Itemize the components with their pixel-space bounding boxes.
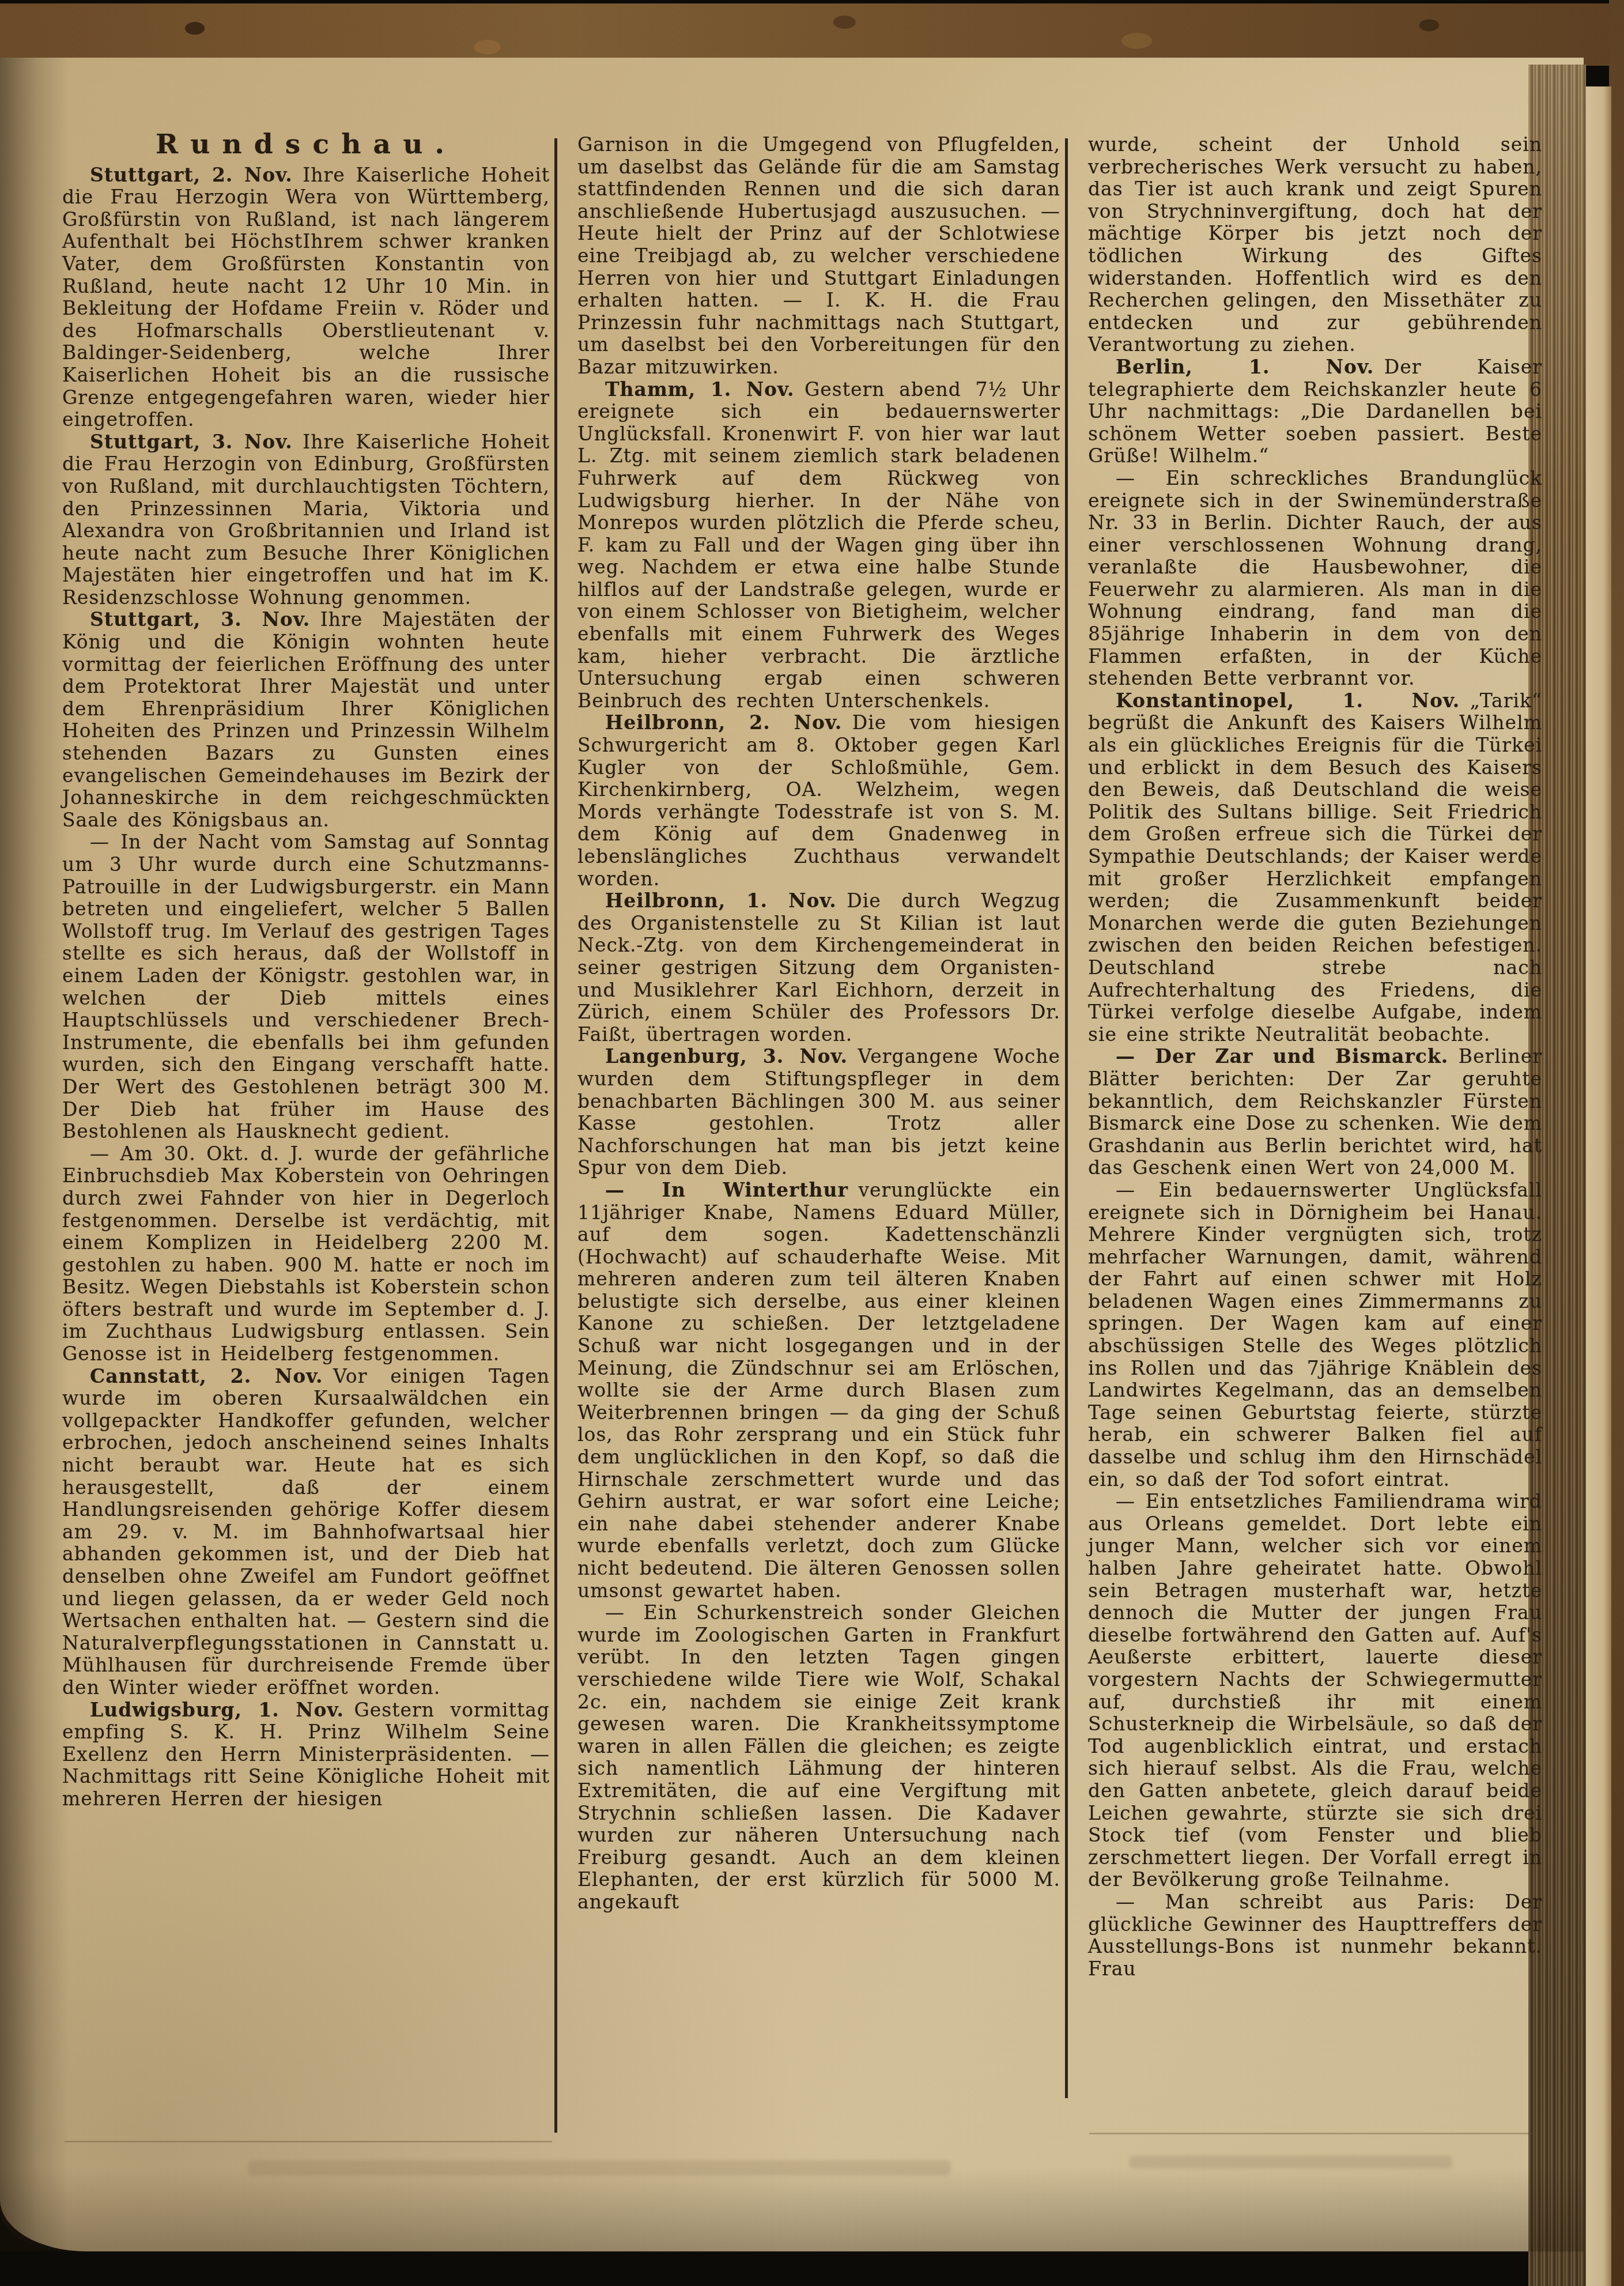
article-dateline: Konstantinopel, 1. Nov. — [1116, 689, 1470, 712]
article-dateline: Stuttgart, 3. Nov. — [90, 431, 303, 453]
article-dateline: Stuttgart, 3. Nov. — [90, 608, 320, 631]
article-dateline: Heilbronn, 2. Nov. — [605, 711, 852, 734]
article-dateline: Langenburg, 3. Nov. — [605, 1045, 858, 1067]
article: Garnison in die Umgegend von Pflugfelden… — [577, 134, 1060, 379]
article-dateline: Ludwigsburg, 1. Nov. — [90, 1699, 354, 1721]
show-through-line — [1089, 2133, 1533, 2134]
article: — Ein schreckliches Brandunglück ereigne… — [1088, 467, 1542, 690]
page-gutter-shadow — [0, 58, 69, 2251]
article: — Ein Schurkenstreich sonder Gleichen wu… — [577, 1602, 1060, 1913]
column-3-articles: wurde, scheint der Unhold sein verbreche… — [1088, 134, 1542, 1980]
article: Heilbronn, 2. Nov. Die vom hiesigen Schw… — [577, 712, 1060, 890]
article: Stuttgart, 2. Nov. Ihre Kaiserliche Hohe… — [62, 164, 550, 431]
article: — Der Zar und Bismarck. Berliner Blätter… — [1088, 1046, 1542, 1179]
article: Heilbronn, 1. Nov. Die durch Wegzug des … — [577, 890, 1060, 1046]
article-dateline: Stuttgart, 2. Nov. — [90, 164, 303, 186]
column-3: wurde, scheint der Unhold sein verbreche… — [1088, 134, 1542, 1980]
column-2: Garnison in die Umgegend von Pflugfelden… — [577, 134, 1060, 1914]
column-1-articles: Stuttgart, 2. Nov. Ihre Kaiserliche Hohe… — [62, 164, 550, 1810]
column-2-articles: Garnison in die Umgegend von Pflugfelden… — [577, 134, 1060, 1914]
article-dateline: Thamm, 1. Nov. — [605, 378, 805, 401]
next-page-edge — [1586, 86, 1611, 2286]
article: Stuttgart, 3. Nov. Ihre Kaiserliche Hohe… — [62, 431, 550, 609]
article-dateline: Cannstatt, 2. Nov. — [90, 1365, 333, 1387]
article: Berlin, 1. Nov. Der Kaiser telegraphiert… — [1088, 356, 1542, 467]
column-rule-1 — [554, 138, 557, 2133]
article-dateline: — In Winterthur — [605, 1179, 858, 1201]
article: — In Winterthur verunglückte ein 11jähri… — [577, 1179, 1060, 1602]
article: — Am 30. Okt. d. J. wurde der gefährlich… — [62, 1143, 550, 1365]
article: Thamm, 1. Nov. Gestern abend 7½ Uhr erei… — [577, 379, 1060, 712]
article-dateline: Heilbronn, 1. Nov. — [605, 889, 847, 912]
article: Cannstatt, 2. Nov. Vor einigen Tagen wur… — [62, 1365, 550, 1699]
section-title: Rundschau. — [62, 134, 550, 156]
article-dateline: Berlin, 1. Nov. — [1116, 356, 1384, 378]
article: wurde, scheint der Unhold sein verbreche… — [1088, 134, 1542, 356]
column-rule-2 — [1065, 138, 1068, 2098]
article: Ludwigsburg, 1. Nov. Gestern vormittag e… — [62, 1699, 550, 1810]
column-1: Rundschau. Stuttgart, 2. Nov. Ihre Kaise… — [62, 134, 550, 1810]
show-through-line — [65, 2141, 552, 2142]
article: Stuttgart, 3. Nov. Ihre Majestäten der K… — [62, 609, 550, 831]
article: Konstantinopel, 1. Nov. „Tarik“ begrüßt … — [1088, 690, 1542, 1046]
article: — In der Nacht vom Samstag auf Sonntag u… — [62, 831, 550, 1142]
show-through-smudge — [1130, 2156, 1452, 2168]
article: — Man schreibt aus Paris: Der glückliche… — [1088, 1891, 1542, 1980]
article: Langenburg, 3. Nov. Vergangene Woche wur… — [577, 1046, 1060, 1179]
show-through-smudge — [248, 2160, 951, 2175]
article: — Ein bedauernswerter Unglücksfall ereig… — [1088, 1179, 1542, 1491]
article: — Ein entsetzliches Familiendrama wird a… — [1088, 1491, 1542, 1891]
book-cover-top-edge — [0, 3, 1624, 66]
article-dateline: — Der Zar und Bismarck. — [1116, 1045, 1459, 1067]
